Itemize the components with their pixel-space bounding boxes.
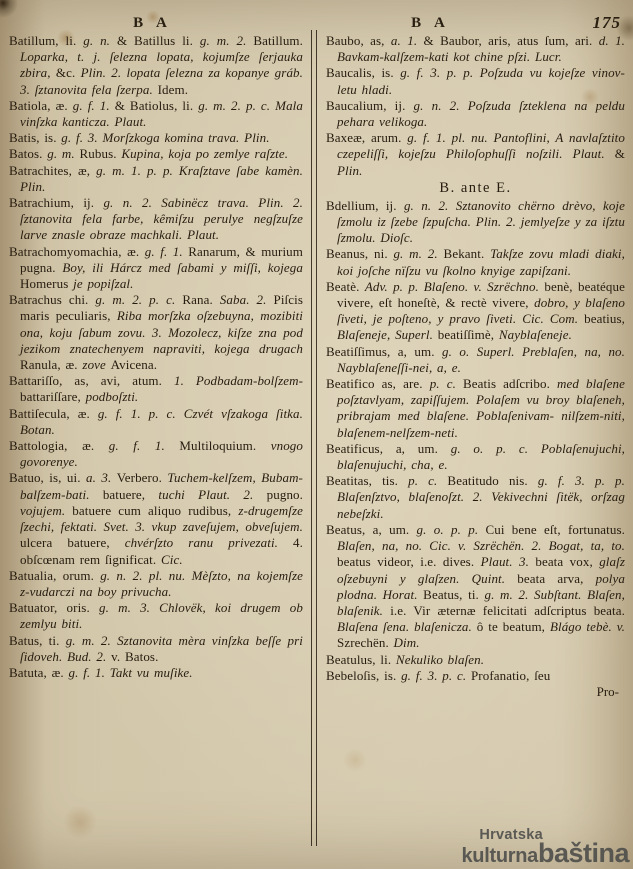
entry-text-roman: Batrachites, æ, xyxy=(9,163,96,178)
entry-text-roman: Bebeloſis, is. xyxy=(326,668,401,683)
entry-text-roman: beata arva, xyxy=(517,571,595,586)
entry-text-roman: Homerus xyxy=(20,276,73,291)
entry-text-roman: batuere, xyxy=(103,487,159,502)
watermark-word-kulturna: kulturna xyxy=(461,845,538,867)
section-heading: B. ante E. xyxy=(326,180,625,197)
entry-text-roman: Batiola, æ. xyxy=(9,98,73,113)
entry-text-italic: p. c. xyxy=(430,376,463,391)
entry-text-roman: i.e. Vir æternæ felicitati adſcriptus be… xyxy=(390,603,625,618)
entry-text-roman: Beatus, a, um. xyxy=(326,522,417,537)
running-header-left: B A xyxy=(0,15,305,32)
entry-text-roman: ulcera batuere, xyxy=(20,535,125,550)
dictionary-entry: Beatificus, a, um. g. o. p. c. Poblaſenu… xyxy=(326,441,625,473)
entry-text-italic: chvérſzto ranu privezati. xyxy=(125,535,293,550)
entry-text-roman: Rubus. xyxy=(80,146,122,161)
entry-text-italic: g. f. 1. xyxy=(145,244,189,259)
entry-text-roman: Beanus, ni. xyxy=(326,246,393,261)
entry-text-roman: Batualia, orum. xyxy=(9,568,100,583)
entry-text-roman: Batrachium, ij. xyxy=(9,195,103,210)
entry-text-roman: Beatitas, tis. xyxy=(326,473,408,488)
entry-text-italic: Nayblaſeneje. xyxy=(499,327,572,342)
dictionary-entry: Beanus, ni. g. m. 2. Bekant. Takſze zovu… xyxy=(326,246,625,278)
entry-text-italic: g. f. 3. Morſzkoga komina trava. Plin. xyxy=(61,130,269,145)
entry-text-roman: Batrachomyomachia, æ. xyxy=(9,244,145,259)
entry-text-roman: Idem. xyxy=(158,82,188,97)
entry-text-roman: Batuator, oris. xyxy=(9,600,99,615)
left-column: Batillum, li. g. n. & Batillus li. g. m.… xyxy=(9,33,303,681)
entry-text-roman: batuere cum aliquo rudibus, xyxy=(72,503,238,518)
book-page-scan: B A B A 175 Batillum, li. g. n. & Batill… xyxy=(0,0,633,869)
entry-text-italic: Adv. p. p. Blaſeno. v. Szrëchno. xyxy=(365,279,545,294)
entry-text-roman: & Baubor, aris, atus ſum, ari. xyxy=(424,33,599,48)
entry-text-italic: a. 3. xyxy=(86,470,117,485)
entry-text-roman: Rana. xyxy=(182,292,219,307)
entry-text-roman: Beatifico as, are. xyxy=(326,376,430,391)
entry-text-roman: beatiſſimè, xyxy=(438,327,499,342)
entry-text-roman: v. Batos. xyxy=(111,649,158,664)
entry-text-roman: Profanatio, ſeu xyxy=(471,668,550,683)
entry-text-roman: Cui bene eſt, fortunatus. xyxy=(485,522,625,537)
entry-text-italic: g. f. 1. xyxy=(73,98,115,113)
watermark-line-top: Hrvatska xyxy=(461,830,543,842)
entry-text-italic: Plaut. 3. xyxy=(481,554,536,569)
dictionary-entry: Batrachites, æ, g. m. 1. p. p. Kraſztave… xyxy=(9,163,303,195)
entry-text-italic: g. f. 3. p. c. xyxy=(401,668,471,683)
entry-text-italic: Nekuliko blaſen. xyxy=(396,652,484,667)
entry-text-roman: Batillum. xyxy=(253,33,303,48)
entry-text-roman: Batuta, æ. xyxy=(9,665,69,680)
dictionary-entry: Batrachomyomachia, æ. g. f. 1. Ranarum, … xyxy=(9,244,303,293)
entry-text-roman: &c. xyxy=(56,65,81,80)
entry-text-italic: Plin. xyxy=(337,163,362,178)
entry-text-italic: zove xyxy=(82,357,110,372)
dictionary-entry: Battologia, æ. g. f. 1. Multiloquium. vn… xyxy=(9,438,303,470)
entry-text-roman: Ranula, æ. xyxy=(20,357,82,372)
dictionary-entry: Baxeæ, arum. g. f. 1. pl. nu. Pantoflini… xyxy=(326,130,625,179)
entry-text-roman: Beatis adſcribo. xyxy=(463,376,557,391)
entry-text-roman: Beatiſſimus, a, um. xyxy=(326,344,442,359)
entry-text-roman: ô te beatum, xyxy=(477,619,550,634)
entry-text-italic: Blaſeneje, Superl. xyxy=(337,327,438,342)
dictionary-entry: Batillum, li. g. n. & Batillus li. g. m.… xyxy=(9,33,303,98)
entry-text-italic: g. m. 2. xyxy=(393,246,443,261)
entry-text-roman: Beatitudo nis. xyxy=(447,473,537,488)
entry-text-italic: Blaſen, na, no. Cic. v. Szrëchën. 2. Bog… xyxy=(337,538,625,553)
watermark: Hrvatska kulturnabaština xyxy=(461,830,629,864)
dictionary-entry: Batos. g. m. Rubus. Kupina, koja po zeml… xyxy=(9,146,303,162)
entry-text-roman: Beatulus, li. xyxy=(326,652,396,667)
entry-text-italic: je popiſzal. xyxy=(73,276,133,291)
entry-text-roman: Batis, is. xyxy=(9,130,61,145)
dictionary-entry: Beatulus, li. Nekuliko blaſen. xyxy=(326,652,625,668)
dictionary-entry: Beatus, a, um. g. o. p. p. Cui bene eſt,… xyxy=(326,522,625,652)
entry-text-italic: a. 1. xyxy=(391,33,424,48)
entry-text-roman: battariſſare, xyxy=(20,389,86,404)
dictionary-entry: Batuo, is, ui. a. 3. Verbero. Tuchem-kel… xyxy=(9,470,303,567)
entry-text-italic: Blaſena ſena. blaſenicza. xyxy=(337,619,477,634)
left-column-entries: Batillum, li. g. n. & Batillus li. g. m.… xyxy=(9,33,303,681)
entry-text-roman: pugno. xyxy=(267,487,303,502)
entry-text-roman: Battologia, æ. xyxy=(9,438,109,453)
running-header-right: B A xyxy=(328,15,533,32)
entry-text-roman: Batuo, is, ui. xyxy=(9,470,86,485)
entry-text-roman: Battariſſo, as, avi, atum. xyxy=(9,373,174,388)
entry-text-italic: p. c. xyxy=(408,473,447,488)
dictionary-entry: Batualia, orum. g. n. 2. pl. nu. Mèſzto,… xyxy=(9,568,303,600)
entry-text-italic: Saba. 2. xyxy=(220,292,274,307)
watermark-word-bastina: baština xyxy=(538,838,629,868)
entry-text-roman: Beatus, ti. xyxy=(423,587,484,602)
entry-text-italic: g. m. 2. xyxy=(200,33,253,48)
dictionary-entry: Batrachium, ij. g. n. 2. Sabinëcz trava.… xyxy=(9,195,303,244)
entry-text-italic: 1. Podbadam-bolſzem- xyxy=(174,373,303,388)
dictionary-entry: Batiola, æ. g. f. 1. & Batiolus, li. g. … xyxy=(9,98,303,130)
entry-text-italic: g. m. 2. p. c. xyxy=(95,292,182,307)
entry-text-roman: Verbero. xyxy=(117,470,168,485)
entry-text-roman: Batus, ti. xyxy=(9,633,66,648)
page-number: 175 xyxy=(593,13,622,33)
entry-text-roman: Szrechën. xyxy=(337,635,394,650)
entry-text-roman: Beatificus, a, um. xyxy=(326,441,451,456)
entry-text-italic: g. f. 1. Takt vu muſike. xyxy=(69,665,193,680)
entry-text-italic: Kupina, koja po zemlye raſzte. xyxy=(121,146,288,161)
entry-text-roman: Batos. xyxy=(9,146,47,161)
entry-text-roman: & Batiolus, li. xyxy=(115,98,199,113)
entry-text-roman: beatus videor, i.e. dives. xyxy=(337,554,481,569)
entry-text-italic: g. o. p. p. xyxy=(417,522,486,537)
entry-text-roman: beatius, xyxy=(584,311,625,326)
entry-text-italic: tuchi Plaut. 2. xyxy=(158,487,266,502)
dictionary-entry: Battariſſo, as, avi, atum. 1. Podbadam-b… xyxy=(9,373,303,405)
entry-text-roman: Baxeæ, arum. xyxy=(326,130,407,145)
dictionary-entry: Batuta, æ. g. f. 1. Takt vu muſike. xyxy=(9,665,303,681)
right-column: Baubo, as, a. 1. & Baubor, aris, atus ſu… xyxy=(326,33,625,700)
dictionary-entry: Bdellium, ij. g. n. 2. Sztanovito chërno… xyxy=(326,198,625,247)
entry-text-roman: beata vox, xyxy=(535,554,599,569)
entry-text-italic: g. n. xyxy=(83,33,117,48)
catchword: Pro- xyxy=(326,684,625,700)
entry-text-roman: Avicena. xyxy=(111,357,157,372)
entry-text-roman: Multiloquium. xyxy=(179,438,270,453)
entry-text-roman: Beatè. xyxy=(326,279,365,294)
column-divider-rule xyxy=(311,30,317,846)
dictionary-entry: Batis, is. g. f. 3. Morſzkoga komina tra… xyxy=(9,130,303,146)
dictionary-entry: Baucalium, ij. g. n. 2. Poſzuda ſzteklen… xyxy=(326,98,625,130)
dictionary-entry: Beatiſſimus, a, um. g. o. Superl. Prebla… xyxy=(326,344,625,376)
entry-text-roman: Bekant. xyxy=(444,246,491,261)
dictionary-entry: Batuator, oris. g. m. 3. Chlovëk, koi dr… xyxy=(9,600,303,632)
entry-text-italic: podboſzti. xyxy=(86,389,139,404)
dictionary-entry: Baucalis, is. g. f. 3. p. p. Poſzuda vu … xyxy=(326,65,625,97)
entry-text-italic: g. f. 1. xyxy=(109,438,180,453)
entry-text-roman: Baucalium, ij. xyxy=(326,98,414,113)
entry-text-roman: & Batillus li. xyxy=(117,33,200,48)
entry-text-roman: Batillum, li. xyxy=(9,33,83,48)
entry-text-roman: & xyxy=(615,146,625,161)
entry-text-italic: Boy, ili Hárcz med ſabami y miſſi, kojeg… xyxy=(62,260,303,275)
dictionary-entry: Beatitas, tis. p. c. Beatitudo nis. g. f… xyxy=(326,473,625,522)
entry-text-italic: g. m. xyxy=(47,146,79,161)
entry-text-roman: Battiſecula, æ. xyxy=(9,406,98,421)
entry-text-italic: vojujem. xyxy=(20,503,72,518)
entry-text-roman: Batrachus chi. xyxy=(9,292,95,307)
entry-text-italic: Dim. xyxy=(394,635,420,650)
dictionary-entry: Beatè. Adv. p. p. Blaſeno. v. Szrëchno. … xyxy=(326,279,625,344)
dictionary-entry: Beatifico as, are. p. c. Beatis adſcribo… xyxy=(326,376,625,441)
entry-text-italic: Blágo tebè. v. xyxy=(550,619,625,634)
dictionary-entry: Batus, ti. g. m. 2. Sztanovita mèra vinſ… xyxy=(9,633,303,665)
dictionary-entry: Baubo, as, a. 1. & Baubor, aris, atus ſu… xyxy=(326,33,625,65)
right-column-entries: Baubo, as, a. 1. & Baubor, aris, atus ſu… xyxy=(326,33,625,684)
dictionary-entry: Bebeloſis, is. g. f. 3. p. c. Profanatio… xyxy=(326,668,625,684)
entry-text-roman: Baubo, as, xyxy=(326,33,391,48)
dictionary-entry: Batrachus chi. g. m. 2. p. c. Rana. Saba… xyxy=(9,292,303,373)
entry-text-roman: Baucalis, is. xyxy=(326,65,400,80)
entry-text-roman: Bdellium, ij. xyxy=(326,198,404,213)
entry-text-italic: Cic. xyxy=(161,552,183,567)
dictionary-entry: Battiſecula, æ. g. f. 1. p. c. Czvét vſz… xyxy=(9,406,303,438)
